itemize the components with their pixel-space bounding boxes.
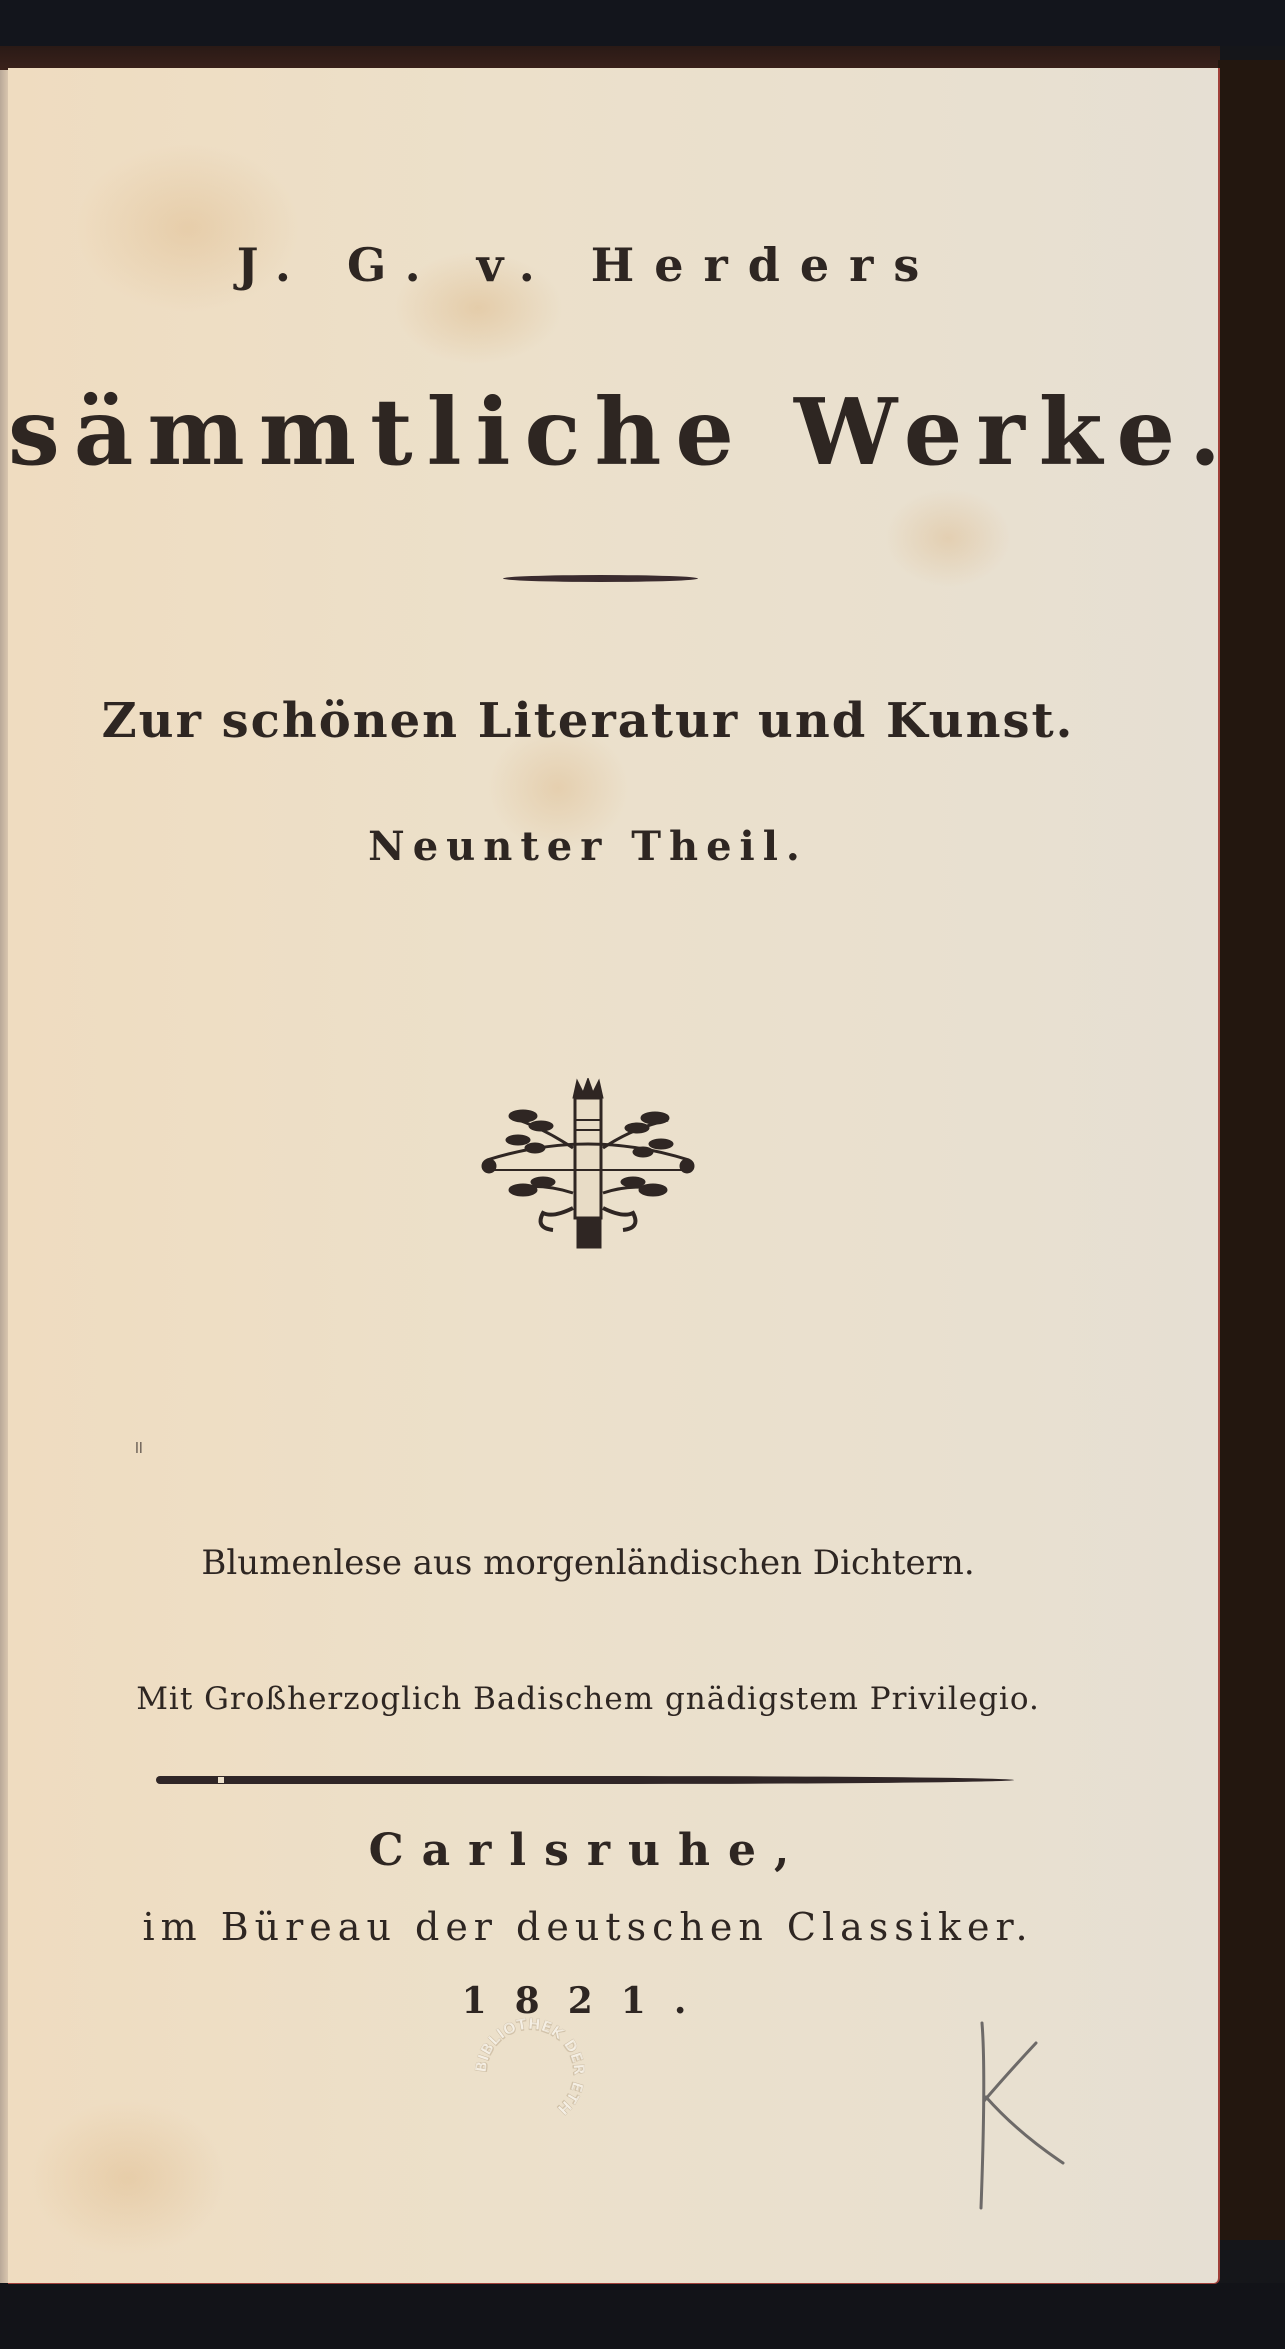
handwritten-pencil-mark: K. [968, 2013, 1078, 2213]
book-gutter [0, 70, 8, 2283]
privilege-line: Mit Großherzoglich Badischem gnädigstem … [8, 1681, 1168, 1717]
series-subtitle: Zur schönen Literatur und Kunst. [8, 693, 1168, 749]
library-blind-stamp-icon: BIBLIOTHEK DER ETH [470, 2013, 590, 2133]
imprint-city: Carlsruhe, [8, 1825, 1168, 1876]
book-top-edge [0, 46, 1220, 70]
imprint-publisher: im Büreau der deutschen Classiker. [8, 1905, 1168, 1949]
quiver-bow-laurel-icon [473, 1078, 703, 1253]
collection-title: Blumenlese aus morgenländischen Dichtern… [8, 1543, 1168, 1583]
imprint-rule [156, 1776, 1014, 1784]
svg-text:BIBLIOTHEK DER ETH: BIBLIOTHEK DER ETH [472, 2015, 589, 2119]
scan-background-bottom [0, 2283, 1285, 2349]
scan-background-top [0, 0, 1285, 46]
work-title: sämmtliche Werke. [8, 378, 1168, 486]
title-page: J. G. v. Herders sämmtliche Werke. Zur s… [8, 68, 1220, 2284]
ornamental-rule [503, 575, 698, 582]
volume-number: Neunter Theil. [8, 823, 1168, 870]
margin-pencil-mark: ll [135, 1441, 143, 1457]
author-line: J. G. v. Herders [8, 238, 1168, 292]
